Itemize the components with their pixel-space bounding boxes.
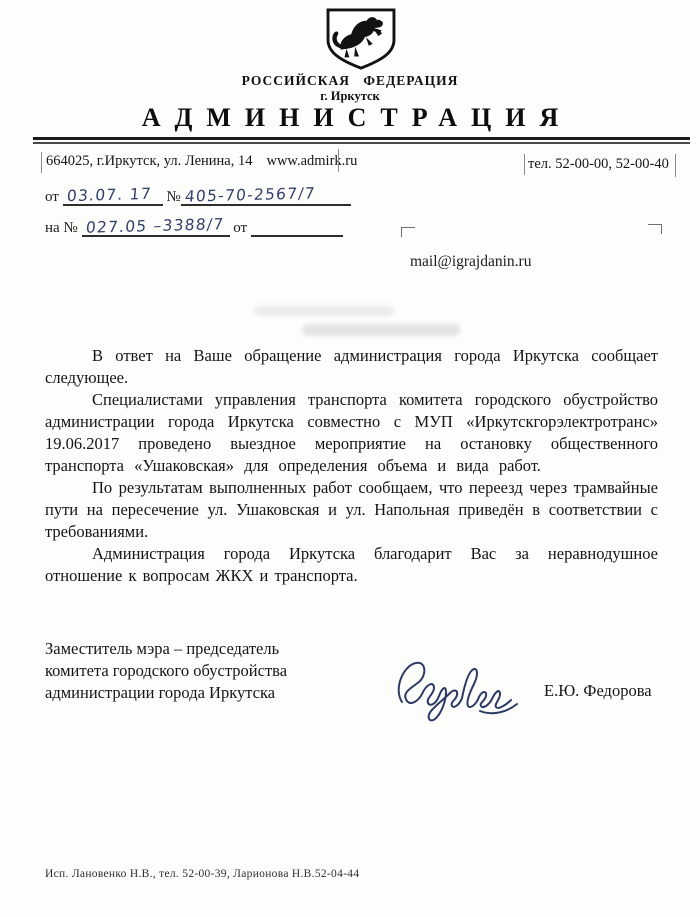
body-paragraph: Специалистами управления транспорта коми… bbox=[45, 389, 658, 477]
form-tick bbox=[524, 154, 525, 175]
double-rule-divider bbox=[33, 137, 690, 144]
form-divider bbox=[338, 149, 339, 172]
reply-to-label: на № bbox=[45, 220, 78, 236]
signer-position: Заместитель мэра – председатель комитета… bbox=[45, 638, 375, 704]
address-corner-mark-left bbox=[401, 227, 415, 237]
handwritten-number: 405-70-2567/7 bbox=[184, 184, 316, 205]
outgoing-number-field: 405-70-2567/7 bbox=[181, 186, 351, 206]
signer-position-line: администрации города Иркутска bbox=[45, 682, 375, 704]
signer-position-line: Заместитель мэра – председатель bbox=[45, 638, 375, 660]
form-tick bbox=[675, 154, 676, 177]
body-paragraph: В ответ на Ваше обращение администрация … bbox=[45, 345, 658, 389]
letterhead-contact-row: 664025, г.Иркутск, ул. Ленина, 14www.adm… bbox=[0, 151, 700, 177]
city-name: г. Иркутск bbox=[0, 89, 700, 104]
from-label: от bbox=[45, 189, 59, 205]
handwritten-reply-number: 027.05 –3388/7 bbox=[85, 215, 225, 237]
signer-position-line: комитета городского обустройства bbox=[45, 660, 375, 682]
irkutsk-coat-of-arms-icon bbox=[322, 7, 400, 71]
incoming-number-field: 027.05 –3388/7 bbox=[82, 217, 230, 237]
redacted-smudge bbox=[254, 306, 394, 316]
signer-name: Е.Ю. Федорова bbox=[544, 681, 652, 701]
letter-body: В ответ на Ваше обращение администрация … bbox=[45, 345, 658, 587]
outgoing-ref-row: от 03.07. 17 №405-70-2567/7 bbox=[45, 186, 351, 206]
handwritten-date: 03.07. 17 bbox=[66, 185, 152, 205]
organization-title: АДМИНИСТРАЦИЯ bbox=[0, 103, 700, 133]
scanned-letter-page: РОССИЙСКАЯ ФЕДЕРАЦИЯ г. Иркутск АДМИНИСТ… bbox=[0, 0, 700, 917]
phone-numbers: тел. 52-00-00, 52-00-40 bbox=[528, 156, 669, 173]
outgoing-date-field: 03.07. 17 bbox=[63, 186, 163, 206]
incoming-date-field-empty bbox=[251, 217, 343, 237]
incoming-ref-row: на № 027.05 –3388/7 от bbox=[45, 217, 343, 237]
body-paragraph: По результатам выполненных работ сообщае… bbox=[45, 477, 658, 543]
postal-address: 664025, г.Иркутск, ул. Ленина, 14www.adm… bbox=[46, 153, 357, 170]
country-name: РОССИЙСКАЯ ФЕДЕРАЦИЯ bbox=[0, 73, 700, 89]
number-label: № bbox=[166, 189, 180, 205]
address-corner-mark-right bbox=[648, 224, 662, 234]
body-paragraph: Администрация города Иркутска благодарит… bbox=[45, 543, 658, 587]
handwritten-signature-icon bbox=[383, 648, 523, 730]
recipient-email: mail@igrajdanin.ru bbox=[410, 253, 531, 271]
reply-from-label: от bbox=[233, 220, 247, 236]
redacted-smudge bbox=[302, 324, 460, 336]
executors-footer: Исп. Лановенко Н.В., тел. 52-00-39, Лари… bbox=[45, 868, 359, 880]
website-url: www.admirk.ru bbox=[266, 153, 357, 169]
form-tick bbox=[41, 152, 42, 173]
